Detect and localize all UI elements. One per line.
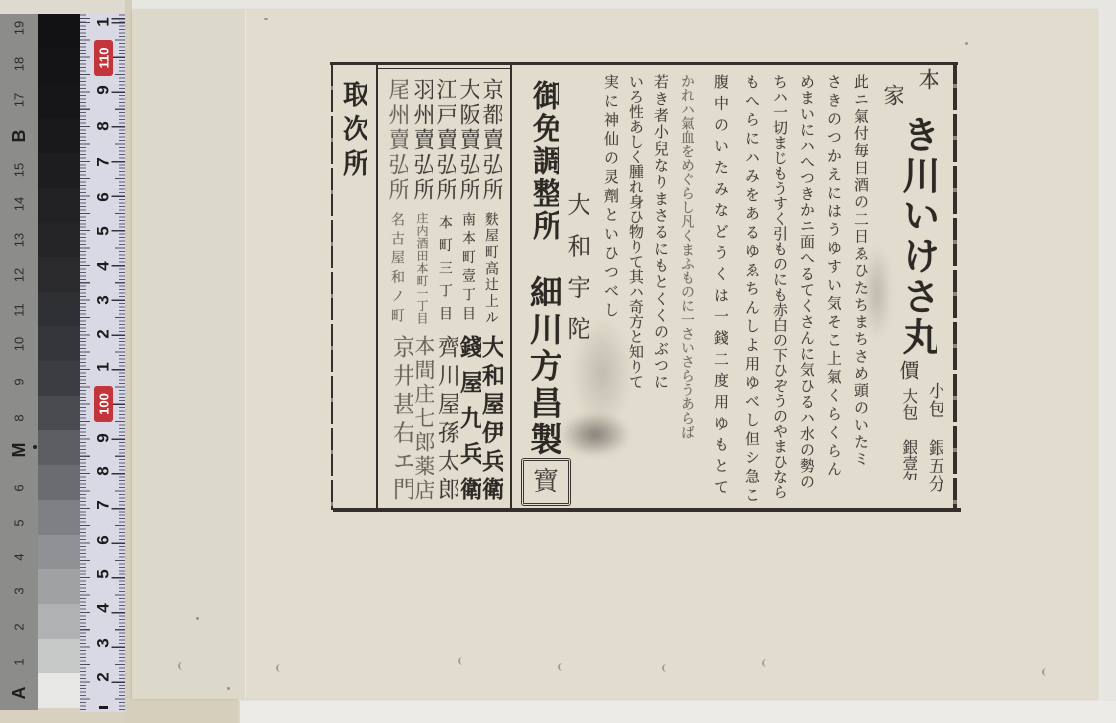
ruler-cm-ticks [111, 14, 125, 712]
body-text-column: 此ニ氣付毎日酒の二日ゑひたちまちさめ頭のいたミ [852, 74, 868, 466]
wedge-step [38, 535, 80, 570]
distributor-shop: 錢屋九兵衛 [456, 335, 481, 500]
gray-card-label: 2 [13, 623, 26, 630]
ruler-label: 7 [95, 498, 112, 511]
body-text-column: もへらにハみをあるゆゑちんしよ用ゆべし但シ急こ [743, 74, 759, 502]
photo-stage: 19 18 17 B 15 14 13 12 11 10 9 8 M 6 5 4… [0, 0, 1116, 723]
gray-card-label: 12 [13, 268, 26, 282]
distributor-shop: 齊川屋孫太郎 [433, 335, 458, 500]
body-text-column: ちハ一切まじもうすく引ものにも赤白の下ひぞうのやまひなら [771, 74, 787, 499]
seal-glyph: 寶 [533, 469, 559, 495]
gray-card-label: 9 [13, 378, 26, 385]
ruler-badge-100: 100 [94, 386, 113, 422]
body-text-column: かれハ氣血をめぐらし凡くまふものに一さいさらうあらば [679, 74, 694, 439]
wedge-step [38, 49, 80, 84]
ruler-label: 2 [95, 327, 112, 340]
header-prefix-hon: 本 [915, 68, 938, 90]
gray-card-label: 3 [13, 587, 26, 594]
gray-card-label: 17 [13, 93, 26, 107]
ruler-half-cm-ticks-left [80, 14, 90, 712]
distributor-box-divider [376, 64, 378, 510]
maker-divider [510, 64, 512, 510]
product-title: き川いけさ丸 [897, 115, 937, 355]
distributor-city: 江戸賣弘所 [433, 78, 456, 200]
maker-seal: 寶 [521, 458, 571, 506]
price-large-pack: 大包 銀壹匁 [898, 388, 917, 480]
frame-left-border [331, 64, 333, 510]
ruler-label: 1 [95, 360, 112, 373]
distributor-city: 京都賣弘所 [479, 78, 502, 200]
ruler-label: 8 [95, 464, 112, 477]
wedge-step [38, 257, 80, 292]
binding-hole [1042, 668, 1051, 676]
gray-card-label: 5 [13, 519, 26, 526]
gray-card-label: 14 [13, 197, 26, 211]
distributor-box-top [378, 68, 510, 69]
wedge-step [38, 500, 80, 535]
gray-step-wedge [38, 14, 80, 708]
ruler-label: 6 [95, 533, 112, 546]
body-text-column: 実に神仙の灵劑といひつべし [602, 74, 618, 317]
calibration-strip: 19 18 17 B 15 14 13 12 11 10 9 8 M 6 5 4… [0, 0, 132, 723]
gray-card-label: 6 [13, 484, 26, 491]
ruler-label: 4 [95, 601, 112, 614]
paper-speck [264, 18, 268, 20]
distributor-shop: 大和屋伊兵衛 [478, 335, 503, 500]
ruler-label: 8 [95, 119, 112, 132]
ruler-label: 5 [95, 224, 112, 237]
ruler-end-mark [99, 706, 108, 709]
wedge-step [38, 118, 80, 153]
binding-hole [178, 662, 187, 670]
frame-top-border [330, 62, 958, 65]
wedge-step [38, 639, 80, 674]
wedge-step [38, 673, 80, 708]
gray-card-label: 11 [13, 303, 26, 317]
ruler-label: 5 [95, 567, 112, 580]
ruler-label: 9 [95, 431, 112, 444]
paper-speck [196, 617, 199, 620]
ruler-badge-text: 100 [97, 393, 110, 415]
ruler-label: 6 [95, 190, 112, 203]
gray-card-label: 4 [13, 553, 26, 560]
body-text-column: 腹中のいたみなどうくは一錢二度用ゆもとて [712, 74, 728, 494]
ruler-label: 3 [95, 293, 112, 306]
body-text-column: めまいにハへつきかニ面へるてくさんに気ひるハ水の勢の [798, 74, 814, 489]
ruler-label: 2 [95, 670, 112, 683]
ruler-label: 3 [95, 636, 112, 649]
ruler-label: 1 [95, 15, 112, 28]
distributor-shop: 本間庄七郎薬店 [411, 335, 434, 500]
wedge-step [38, 14, 80, 49]
binding-hole [558, 663, 567, 671]
gray-card-label: 19 [13, 21, 26, 35]
gray-card-label: 10 [13, 337, 26, 351]
binding-hole [458, 657, 467, 665]
gray-card-label: 8 [13, 414, 26, 421]
ruler-label: 9 [95, 83, 112, 96]
gray-card [0, 14, 38, 710]
strip-top-margin [0, 0, 132, 14]
wedge-step [38, 153, 80, 188]
frame-bottom-border [333, 508, 961, 512]
maker-label: 御免調整所 [528, 80, 559, 240]
distributor-address: 南本町壹丁目 [460, 212, 475, 320]
header-prefix-ke: 家 [880, 84, 903, 106]
maker-name: 細川方昌製 [526, 275, 561, 455]
distributor-address: 本町三丁目 [437, 215, 452, 320]
distributor-shop: 京井甚右エ門 [388, 335, 413, 500]
binding-hole [276, 664, 285, 672]
body-text-column: 若き者小兒なりまさるにもとくくのぶつに [652, 74, 668, 389]
wedge-step [38, 569, 80, 604]
gray-card-label-b: B [10, 130, 28, 143]
gray-card-dot [33, 445, 37, 449]
body-text-column: さきのつかえにはうゆすい気そこ上氣くらくらん [825, 74, 841, 476]
wedge-step [38, 83, 80, 118]
price-small-pack: 小包 銀五分 [924, 382, 943, 492]
paper-speck [227, 687, 230, 690]
frame-right-border [953, 62, 957, 512]
wedge-step [38, 326, 80, 361]
wedge-step [38, 222, 80, 257]
ruler-badge-text: 110 [97, 48, 110, 69]
wedge-step [38, 430, 80, 465]
wedge-step [38, 292, 80, 327]
backing-paper [238, 701, 1116, 723]
gray-card-label: 18 [13, 57, 26, 71]
wedge-step [38, 361, 80, 396]
paper-seam [245, 10, 246, 699]
ruler-label: 4 [95, 259, 112, 272]
body-text-column: いろ性あしく腫れ身ひ物りて其ハ奇方と知りて用 [627, 74, 643, 390]
ruler-label: 7 [95, 155, 112, 168]
ruler-badge-110: 110 [94, 40, 113, 76]
gray-card-label: 13 [13, 233, 26, 247]
price-label: 價 [897, 360, 918, 380]
paper-speck [965, 42, 968, 45]
wedge-step [38, 396, 80, 431]
wedge-step [38, 465, 80, 500]
maker-location: 大和宇陀 [564, 192, 589, 340]
distributor-city: 羽州賣弘所 [410, 78, 433, 200]
strip-edge [125, 0, 132, 723]
backing-board [125, 699, 238, 723]
distributor-address: 麩屋町高辻上ル [483, 212, 498, 324]
gray-card-label: 15 [13, 163, 26, 177]
distributor-address: 庄内酒田本町一丁目 [415, 212, 428, 324]
gray-card-label-m: M [10, 443, 28, 458]
binding-hole [762, 659, 771, 667]
binding-hole [662, 664, 671, 672]
wedge-step [38, 604, 80, 639]
gray-card-label: 1 [13, 658, 26, 665]
distributors-heading: 取次所 [339, 80, 367, 176]
wedge-step [38, 188, 80, 223]
distributor-address: 名古屋和ノ町 [389, 212, 404, 322]
gray-card-label-a: A [10, 687, 28, 700]
distributor-city: 大阪賣弘所 [456, 78, 479, 200]
distributor-city: 尾州賣弘所 [385, 78, 408, 200]
